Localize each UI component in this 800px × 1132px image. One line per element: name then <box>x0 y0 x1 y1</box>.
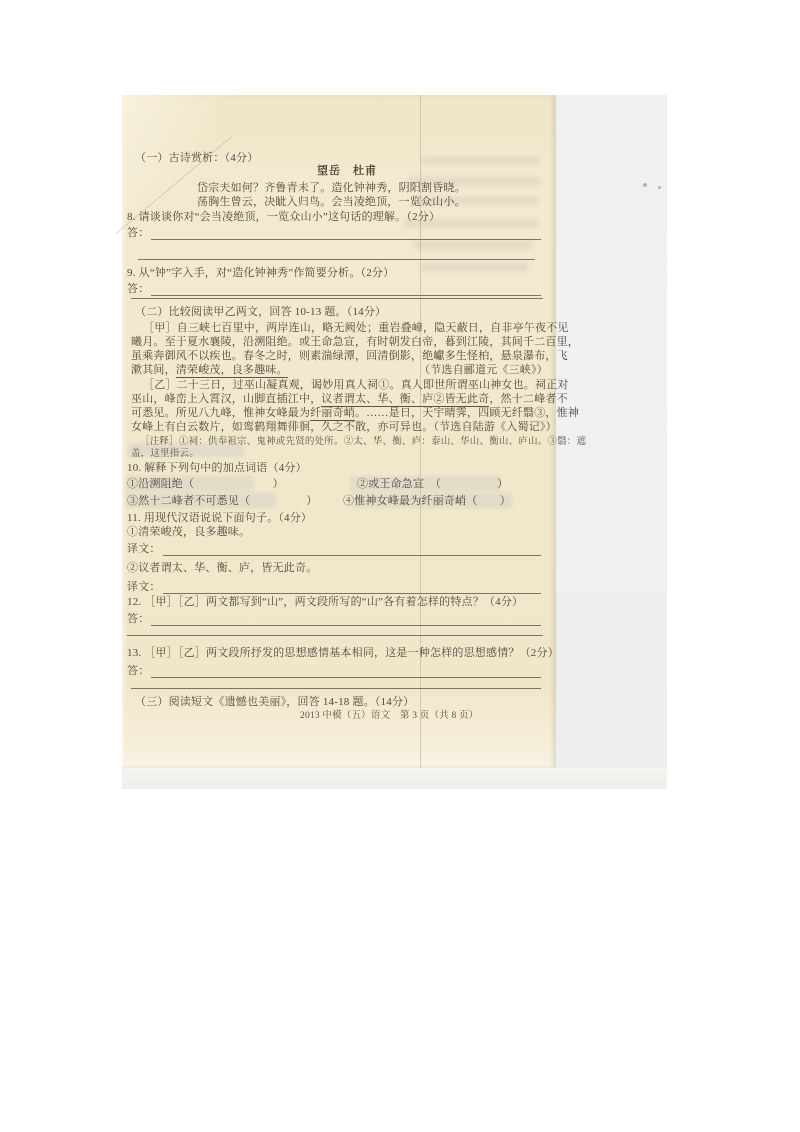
notes-line: ［注释］①祠：供奉祖宗、鬼神或先贤的处所。②太、华、衡、庐：泰山、华山、衡山、庐… <box>140 436 586 449</box>
poem-line: 岱宗夫如何？齐鲁青未了。造化钟神秀，阴阳割昏晓。 <box>197 182 466 195</box>
exam-paper: （一）古诗赏析：（4分） 望岳 杜甫 岱宗夫如何？齐鲁青未了。造化钟神秀，阴阳割… <box>122 95 556 768</box>
q10-item-1: ①沿溯阻绝（ ） <box>127 478 284 491</box>
jia-underlined-phrase: 清荣峻茂，良多趣味。 <box>176 364 288 378</box>
section2-heading: （二）比较阅读甲乙两文，回答 10-13 题。（14分） <box>135 306 386 319</box>
question-8: 8. 请谈谈你对“会当凌绝顶，一览众山小”这句话的理解。（2分） <box>127 211 440 224</box>
notes-line: 盖，这里指云。 <box>131 448 199 461</box>
answer-blank-line <box>138 259 535 260</box>
paper-speck <box>658 186 661 189</box>
section3-heading: （三）阅读短文《遗憾也美丽》，回答 14-18 题。（14分） <box>135 696 414 709</box>
translation-row: 译文： <box>127 580 541 594</box>
answer-label: 答： <box>127 665 149 678</box>
translation-label: 译文： <box>127 543 161 556</box>
translation-row: 译文： <box>127 542 541 556</box>
question-12: 12. ［甲］［乙］两文都写到“山”，两文段所写的“山”各有着怎样的特点？（4分… <box>127 596 523 609</box>
question-9-answer-row: 答： <box>127 282 541 296</box>
yi-underlined-phrase: 纤丽奇峭 <box>310 407 355 421</box>
adjacent-page-edge <box>556 95 667 772</box>
screenshot-root: { "colors": { "paper": "#f1e8cc", "side_… <box>0 0 800 1132</box>
passage-yi-line: 可悉见。所见八九峰，惟神女峰最为纤丽奇峭。……是日，天宇晴霁，四顾无纤翳③，惟神 <box>131 407 579 420</box>
answer-blank-line <box>163 580 541 594</box>
jia-line4-text: 漱其间， <box>131 364 176 376</box>
section-divider-line <box>131 688 541 689</box>
q11-item-1: ①清荣峻茂，良多趣味。 <box>127 526 250 539</box>
page-footer: 2013 中模（五）语文 第 3 页（共 8 页） <box>300 710 478 723</box>
question-11: 11. 用现代汉语说说下面句子。（4分） <box>127 512 312 525</box>
question-12-answer-row: 答： <box>127 612 541 626</box>
answer-blank-line <box>163 542 541 556</box>
passage-jia-line: 虽乘奔御风不以疾也。春冬之时，则素湍绿潭，回清倒影，绝巘多生怪柏，悬泉瀑布，飞 <box>131 350 568 363</box>
translation-label: 译文： <box>127 581 161 594</box>
q10-item-4: ④惟神女峰最为纤丽奇峭（ ） <box>343 495 511 508</box>
question-13-answer-row: 答： <box>127 664 541 678</box>
exam-content: （一）古诗赏析：（4分） 望岳 杜甫 岱宗夫如何？齐鲁青未了。造化钟神秀，阴阳割… <box>122 95 556 768</box>
yi-line2-text: 巫山，峰峦上入霄汉，山脚直插江中， <box>131 393 321 405</box>
q11-item-2: ②议者谓太、华、衡、庐，皆无此奇。 <box>127 562 317 575</box>
answer-label: 答： <box>127 227 149 240</box>
section-divider-line <box>131 298 543 299</box>
question-13: 13. ［甲］［乙］两文段所抒发的思想感情基本相同，这是一种怎样的思想感情？（2… <box>127 647 559 660</box>
answer-label: 答： <box>127 283 149 296</box>
question-10: 10. 解释下列句中的加点词语（4分） <box>127 462 307 475</box>
yi-line2-text: ，然十二峰者不 <box>489 393 567 405</box>
passage-yi-line: 女峰上有白云数片，如鸾鹤翔舞徘徊，久之不散，亦可异也。（节选自陆游《入蜀记》） <box>131 421 557 434</box>
poem-line: 荡胸生曾云，决眦入归鸟。会当凌绝顶，一览众山小。 <box>197 196 466 209</box>
section1-heading: （一）古诗赏析：（4分） <box>135 152 258 165</box>
yi-line3-text: 。……是日，天宇晴霁，四顾无纤翳③，惟神 <box>355 407 579 419</box>
answer-label: 答： <box>127 613 149 626</box>
question-8-answer-row: 答： <box>127 226 541 240</box>
passage-yi-line: ［乙］二十三日，过巫山凝真观，谒妙用真人祠①。真人即世所谓巫山神女也。祠正对 <box>143 379 569 392</box>
question-9: 9. 从“钟”字入手，对“造化钟神秀”作简要分析。（2分） <box>127 267 394 280</box>
answer-blank-line <box>151 226 541 240</box>
q10-item-2: ②或王命急宣 （ ） <box>357 478 508 491</box>
scanned-exam-page: （一）古诗赏析：（4分） 望岳 杜甫 岱宗夫如何？齐鲁青未了。造化钟神秀，阴阳割… <box>122 95 667 789</box>
answer-blank-line <box>151 612 541 626</box>
passage-jia-line: ［甲］自三峡七百里中，两岸连山，略无阙处；重岩叠嶂，隐天蔽日，自非亭午夜不见 <box>143 322 569 335</box>
yi-line3-text: 可悉见。所见八九峰，惟神女峰最为 <box>131 407 310 419</box>
page-bottom-edge <box>122 768 667 789</box>
poem-title: 望岳 杜甫 <box>317 165 377 178</box>
passage-yi-line: 巫山，峰峦上入霄汉，山脚直插江中，议者谓太、华、衡、庐②皆无此奇，然十二峰者不 <box>131 393 568 406</box>
answer-blank-line <box>151 664 541 678</box>
passage-jia-line: 曦月。至于夏水襄陵，沿溯阻绝。或王命急宣，有时朝发白帝，暮到江陵，其间千二百里， <box>131 336 579 349</box>
passage-jia-line: 漱其间，清荣峻茂，良多趣味。 （节选自郦道元《三峡》） <box>131 364 551 377</box>
paper-speck <box>643 183 647 187</box>
jia-source-citation: （节选自郦道元《三峡》） <box>419 364 548 377</box>
q10-item-3: ③然十二峰者不可悉见（ ） <box>127 495 317 508</box>
answer-blank-line <box>127 635 543 636</box>
answer-blank-line <box>151 282 541 296</box>
yi-underlined-phrase: 议者谓太、华、衡、庐②皆无此奇 <box>321 393 489 407</box>
